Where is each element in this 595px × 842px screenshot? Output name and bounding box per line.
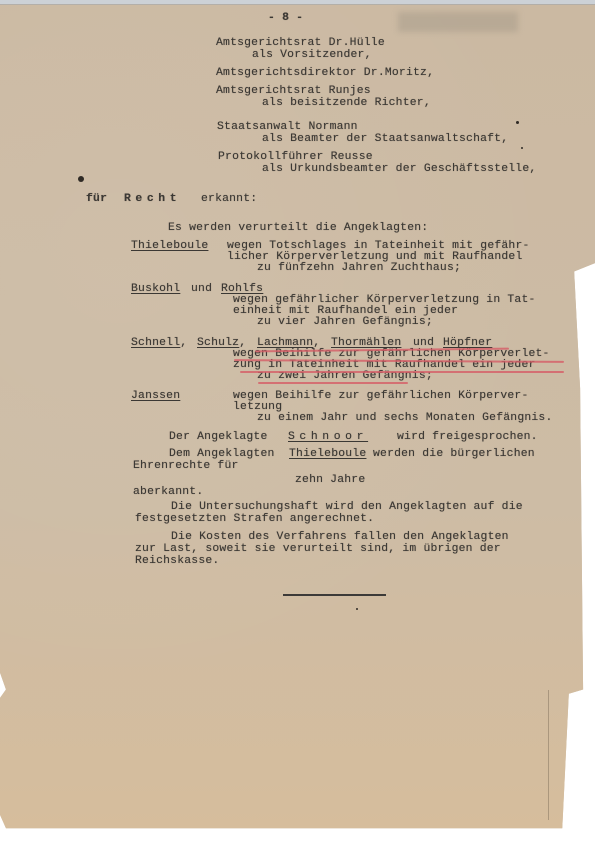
clerk-title: Protokollführer Reusse	[218, 151, 373, 163]
judge-3-role: als beisitzende Richter,	[262, 97, 431, 109]
ink-speck	[78, 176, 84, 182]
sentence-2-joiner: und	[191, 283, 212, 295]
closing-rule	[283, 594, 386, 596]
paper-fold	[548, 690, 549, 820]
ink-speck	[356, 608, 358, 610]
civil-rights-line-4: aberkannt.	[133, 486, 203, 498]
costs-line-2: zur Last, soweit sie verurteilt sind, im…	[135, 543, 501, 555]
comma-separator: ,	[180, 337, 187, 349]
prosecutor-title: Staatsanwalt Normann	[217, 121, 358, 133]
red-pencil-underline	[240, 371, 564, 373]
verdict-spaced-word: Recht	[124, 193, 181, 205]
acquittal-suffix: wird freigesprochen.	[397, 431, 538, 443]
page-number-mark: - 8 -	[268, 12, 303, 24]
defendant-janssen: Janssen	[131, 390, 180, 402]
civil-rights-defendant: Thieleboule	[289, 448, 366, 460]
defendant-schnell: Schnell	[131, 337, 180, 349]
sentence-4-line-3: zu einem Jahr und sechs Monaten Gefängni…	[257, 412, 553, 424]
costs-line-3: Reichskasse.	[135, 555, 219, 567]
costs-line-1: Die Kosten des Verfahrens fallen den Ang…	[171, 531, 509, 543]
verdict-suffix: erkannt:	[201, 193, 257, 205]
judge-1-title: Amtsgerichtsrat Dr.Hülle	[216, 37, 385, 49]
prosecutor-role: als Beamter der Staatsanwaltschaft,	[262, 133, 508, 145]
sentences-intro: Es werden verurteilt die Angeklagten:	[168, 222, 428, 234]
civil-rights-line-3: zehn Jahre	[295, 474, 365, 486]
defendant-thieleboule: Thieleboule	[131, 240, 208, 252]
ink-speck	[521, 147, 523, 149]
red-pencil-underline	[258, 382, 408, 384]
scan-edge	[0, 0, 595, 5]
judge-2-title: Amtsgerichtsdirektor Dr.Moritz,	[216, 67, 434, 79]
custody-line-2: festgesetzten Strafen angerechnet.	[135, 513, 374, 525]
civil-rights-line-2: Ehrenrechte für	[133, 460, 239, 472]
acquitted-defendant: Schnoor	[288, 431, 368, 443]
sentence-2-line-3: zu vier Jahren Gefängnis;	[257, 316, 433, 328]
ink-speck	[516, 121, 519, 124]
judge-3-title: Amtsgerichtsrat Runjes	[216, 85, 371, 97]
civil-rights-suffix: werden die bürgerlichen	[373, 448, 535, 460]
defendant-buskohl: Buskohl	[131, 283, 180, 295]
acquittal-prefix: Der Angeklagte	[169, 431, 268, 443]
custody-line-1: Die Untersuchungshaft wird den Angeklagt…	[171, 501, 523, 513]
sentence-1-line-3: zu fünfzehn Jahren Zuchthaus;	[257, 262, 461, 274]
judge-1-role: als Vorsitzender,	[252, 49, 372, 61]
stamp-smudge	[398, 12, 518, 32]
civil-rights-prefix: Dem Angeklagten	[169, 448, 275, 460]
verdict-prefix: für	[86, 193, 107, 205]
clerk-role: als Urkundsbeamter der Geschäftsstelle,	[262, 163, 536, 175]
